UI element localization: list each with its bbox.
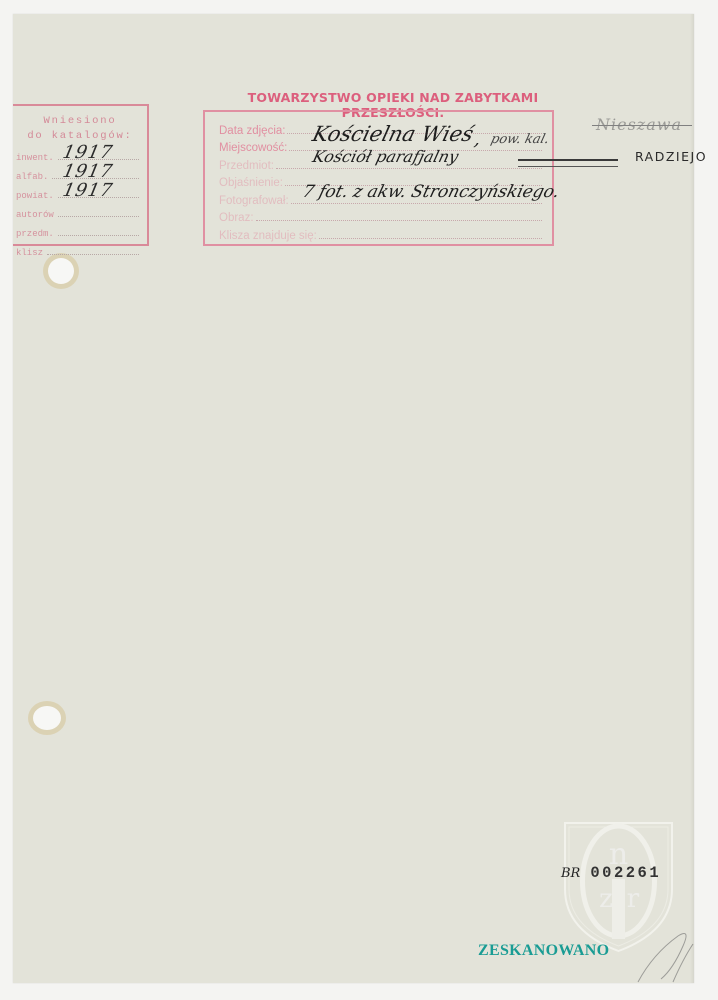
document-page: Wniesiono do katalogów: inwent. 1917 alf…: [13, 14, 694, 983]
catalog-stamp-title: Wniesiono do katalogów:: [13, 114, 147, 144]
pencil-struck-note: Nieszawa: [596, 115, 682, 134]
field-label: Objaśnienie:: [219, 177, 283, 189]
scanned-stamp: ZESKANOWANO: [478, 942, 609, 960]
handwritten-przedmiot: Kościół parafjalny: [311, 147, 461, 166]
county-note: RADZIEJO: [635, 149, 707, 164]
catalog-row-autorow: autorów: [13, 201, 147, 220]
handwritten-fotografowal: 7 fot. z akw. Stronczyńskiego.: [301, 182, 562, 202]
catalog-stamp: Wniesiono do katalogów: inwent. 1917 alf…: [13, 104, 149, 246]
catalog-row-label: autorów: [16, 210, 54, 220]
handwritten-struck-county: pow. kal.: [489, 132, 551, 147]
punch-hole-top: [48, 258, 74, 284]
field-label: Fotografował:: [219, 195, 289, 207]
field-label: Przedmiot:: [219, 160, 274, 172]
handwritten-miejscowosc: Kościelna Wieś: [310, 122, 476, 146]
field-obraz: Obraz:: [219, 207, 542, 225]
field-label: Miejscowość:: [219, 142, 287, 154]
catalog-row-powiat: powiat. 1917: [13, 182, 147, 201]
field-label: Klisza znajduje się:: [219, 230, 317, 242]
catalog-row-value: 1917: [61, 180, 115, 201]
catalog-row-label: przedm.: [16, 229, 54, 239]
catalog-row-label: klisz: [16, 248, 43, 258]
catalog-row-label: powiat.: [16, 191, 54, 201]
punch-hole-bottom: [33, 706, 61, 730]
catalog-title-line1: Wniesiono: [13, 114, 147, 129]
strikethrough-mark: [518, 159, 618, 167]
field-label: Obraz:: [219, 212, 254, 224]
catalog-row-przedm: przedm.: [13, 220, 147, 239]
catalog-row-klisz: klisz: [13, 239, 147, 258]
svg-text:r: r: [627, 884, 640, 914]
serial-prefix: BR: [561, 866, 580, 881]
pencil-scribble-icon: [633, 924, 695, 984]
svg-text:z: z: [599, 884, 613, 914]
catalog-row-value: 1917: [61, 142, 115, 163]
serial-number: BR002261: [561, 864, 661, 882]
field-label: Data zdjęcia:: [219, 125, 285, 137]
field-klisza: Klisza znajduje się:: [219, 224, 542, 242]
catalog-row-label: inwent.: [16, 153, 54, 163]
catalog-row-label: alfab.: [16, 172, 48, 182]
catalog-row-value: 1917: [61, 161, 115, 182]
serial-value: 002261: [590, 864, 661, 882]
